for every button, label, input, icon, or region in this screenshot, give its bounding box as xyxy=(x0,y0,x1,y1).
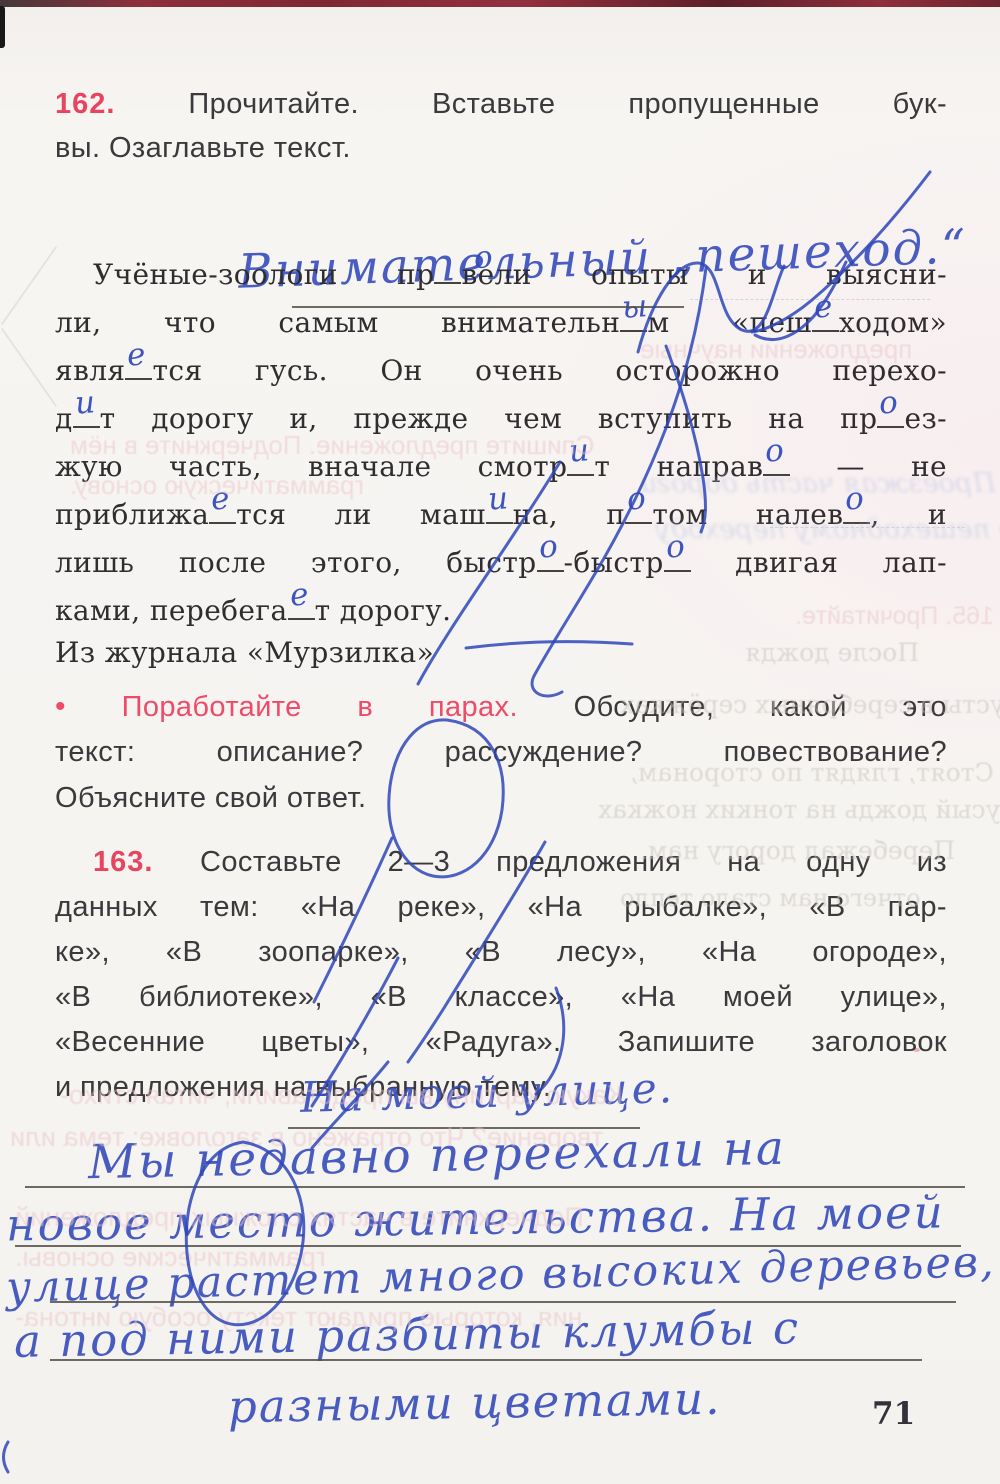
exercise-162-number: 162. xyxy=(55,88,115,120)
fill-in-blank: о xyxy=(537,565,564,572)
bleedthrough-text: Кусты в серебряных серёжках xyxy=(620,690,1000,719)
exercise-162-instruction-text: Прочитайте. Вставьте пропущенные бук- xyxy=(188,88,947,120)
handwritten-answer-line: разными цветами. xyxy=(228,1372,722,1434)
printed-text: «Весенние цветы», «Радуга». Запишите заг… xyxy=(55,1026,947,1058)
ghost-rule-line xyxy=(690,299,930,300)
fill-in-blank: и xyxy=(73,421,100,428)
printed-text: -быстр xyxy=(564,546,664,579)
printed-text: ли, что самым внимательн xyxy=(55,306,620,339)
printed-text: тся ли маш xyxy=(236,498,485,531)
fill-in-blank: о xyxy=(664,565,691,572)
bleedthrough-text: отчего нам стало тепло xyxy=(620,884,921,912)
exercise-163-line: «Весенние цветы», «Радуга». Запишите заг… xyxy=(55,1026,947,1059)
workbook-page-scan: 162. Прочитайте. Вставьте пропущенные бу… xyxy=(0,0,1000,1484)
fill-in-blank: е xyxy=(125,373,152,380)
handwritten-inserted-letter: и xyxy=(73,384,95,421)
bleedthrough-text: Стоят, глядят по сторонам, xyxy=(630,758,994,787)
printed-text: ез- xyxy=(904,402,947,435)
scan-top-edge xyxy=(0,0,1000,7)
handwritten-inserted-letter: о xyxy=(435,239,494,279)
printed-text: ками, перебега xyxy=(55,594,288,627)
handwritten-inserted-letter: о xyxy=(537,528,558,565)
printed-text: приближа xyxy=(55,498,209,531)
handwritten-inserted-letter: и xyxy=(486,480,508,517)
fill-in-blank: о xyxy=(625,517,652,524)
bleedthrough-text: Где русый дождь на тонких ножках xyxy=(598,795,1000,824)
exercise-163-line: «В библиотеке», «В классе», «На моей ули… xyxy=(55,981,947,1014)
printed-text: вели опыты и выясни- xyxy=(461,258,947,291)
paper-crease xyxy=(1,246,57,325)
fill-in-blank: е xyxy=(812,325,839,332)
bleedthrough-text: по пешеходному переходу xyxy=(655,514,1000,545)
printed-text: «В библиотеке», «В классе», «На моей ули… xyxy=(55,981,947,1013)
handwritten-inserted-letter: е xyxy=(126,336,147,373)
bleedthrough-text: Спишите предложение. Подчеркните в нём xyxy=(70,430,594,461)
fill-in-blank: о xyxy=(434,277,461,284)
printed-text: двигая лап- xyxy=(691,546,947,579)
printed-text: явля xyxy=(55,354,125,387)
pen-stroke xyxy=(4,1442,9,1472)
exercise-162-instruction-line1: 162. Прочитайте. Вставьте пропущенные бу… xyxy=(55,88,947,121)
bleedthrough-text: 165. Прочитайте. xyxy=(795,602,994,631)
bleedthrough-text: творение? Что отражено в заголовке: тема… xyxy=(10,1122,603,1153)
printed-text: лишь после этого, быстр xyxy=(55,546,537,579)
task-bullet: • xyxy=(55,690,66,723)
answer-rule-line xyxy=(50,1359,922,1361)
bleedthrough-text: ния, которые придают тексту особую интон… xyxy=(15,1302,583,1333)
fill-in-blank: о xyxy=(877,421,904,428)
printed-text: Учёные-зоологи пр xyxy=(93,258,434,291)
bleedthrough-text: Подчеркните в частях сложных предложений xyxy=(15,1202,584,1233)
answer-rule-line xyxy=(292,306,684,308)
fill-in-blank: ы xyxy=(620,325,647,332)
printed-text: на, п xyxy=(513,498,626,531)
fill-in-blank: и xyxy=(567,469,594,476)
printed-text: т дорогу. xyxy=(315,594,452,627)
answer-rule-line xyxy=(25,1186,965,1188)
fill-in-blank: и xyxy=(486,517,513,524)
handwritten-inserted-letter: о xyxy=(878,384,899,421)
bleedthrough-text: грамматические основы. xyxy=(15,1242,326,1273)
handwritten-inserted-letter: е xyxy=(288,576,309,613)
bleedthrough-text: Какую картину вы представили, читая стих… xyxy=(60,1080,623,1111)
bleedthrough-text: Перебежал дорогу нам. xyxy=(640,836,955,865)
printed-text-line: лишь после этого, быстро-быстро двигая л… xyxy=(55,546,947,579)
exercise-162-instruction-line2: вы. Озаглавьте текст. xyxy=(55,132,947,165)
exercise-163-line: ке», «В зоопарке», «В лесу», «На огороде… xyxy=(55,936,947,969)
pair-task-label: Поработайте в парах. xyxy=(122,691,518,723)
fill-in-blank: е xyxy=(288,613,315,620)
printed-text-line: Учёные-зоологи провели опыты и выясни- xyxy=(55,258,947,291)
exercise-163-number: 163. xyxy=(93,846,200,878)
bleedthrough-text: После дождя xyxy=(745,638,919,667)
handwritten-inserted-letter: о xyxy=(764,432,785,469)
paper-crease xyxy=(1,328,57,407)
fill-in-blank: е xyxy=(209,517,236,524)
handwritten-inserted-letter: е xyxy=(813,288,834,325)
page-number: 71 xyxy=(872,1396,915,1432)
bleedthrough-text: грамматическую основу. xyxy=(70,470,364,501)
scan-left-edge-mark xyxy=(0,6,5,48)
printed-text: ке», «В зоопарке», «В лесу», «На огороде… xyxy=(55,936,947,968)
bleedthrough-text: предложении научные xyxy=(640,334,912,365)
bleedthrough-text: Проезжая часть дороги xyxy=(640,468,996,499)
